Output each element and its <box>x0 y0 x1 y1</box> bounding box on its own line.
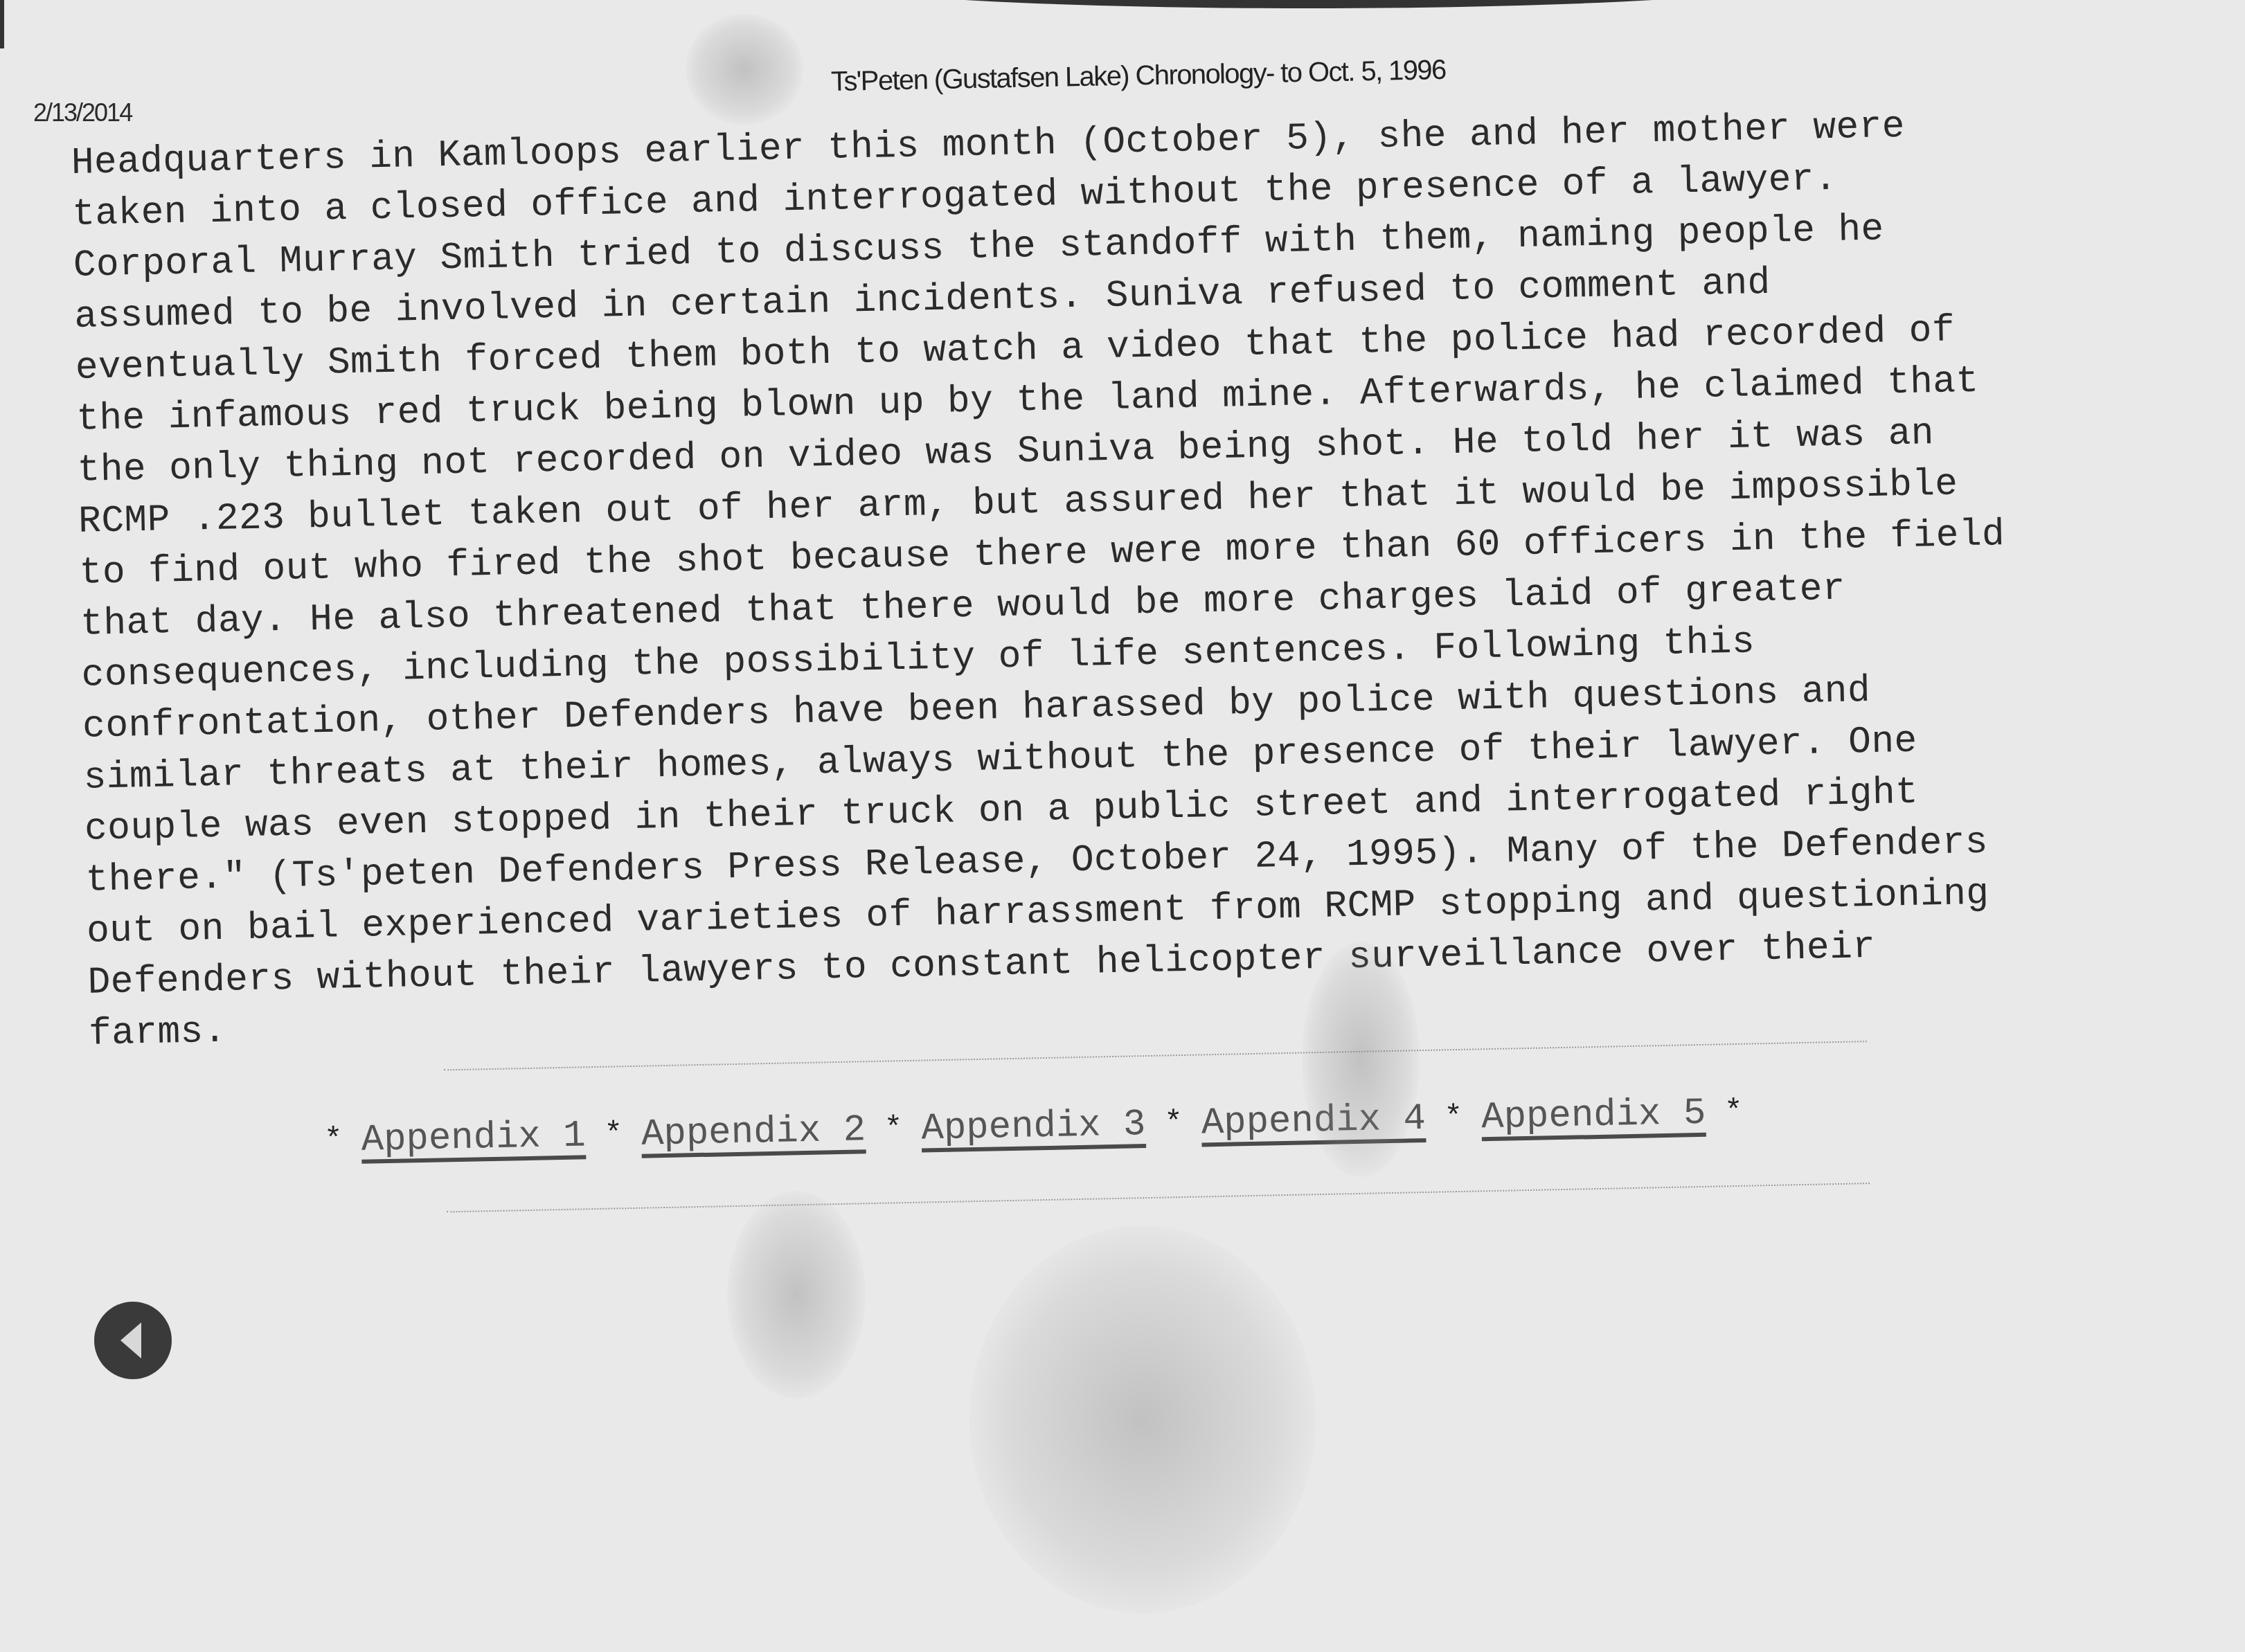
back-arrow-icon <box>120 1322 141 1358</box>
separator-star: * <box>604 1117 623 1152</box>
appendix-4-link[interactable]: Appendix 4 <box>1201 1098 1426 1144</box>
page-content: Headquarters in Kamloops earlier this mo… <box>0 0 2245 1652</box>
appendix-5-link[interactable]: Appendix 5 <box>1481 1093 1706 1139</box>
separator-star: * <box>1164 1106 1183 1141</box>
separator-star: * <box>1444 1100 1463 1135</box>
appendix-1-link[interactable]: Appendix 1 <box>361 1115 586 1161</box>
appendix-nav: *Appendix 1*Appendix 2*Appendix 3*Append… <box>324 1091 1762 1162</box>
appendix-2-link[interactable]: Appendix 2 <box>641 1109 866 1156</box>
body-text: Headquarters in Kamloops earlier this mo… <box>71 94 2245 1061</box>
separator-star: * <box>884 1111 903 1147</box>
back-button[interactable] <box>94 1302 172 1379</box>
appendix-3-link[interactable]: Appendix 3 <box>921 1104 1146 1150</box>
divider-bottom <box>447 1183 1870 1212</box>
separator-star: * <box>324 1122 343 1158</box>
separator-star: * <box>1724 1095 1743 1130</box>
